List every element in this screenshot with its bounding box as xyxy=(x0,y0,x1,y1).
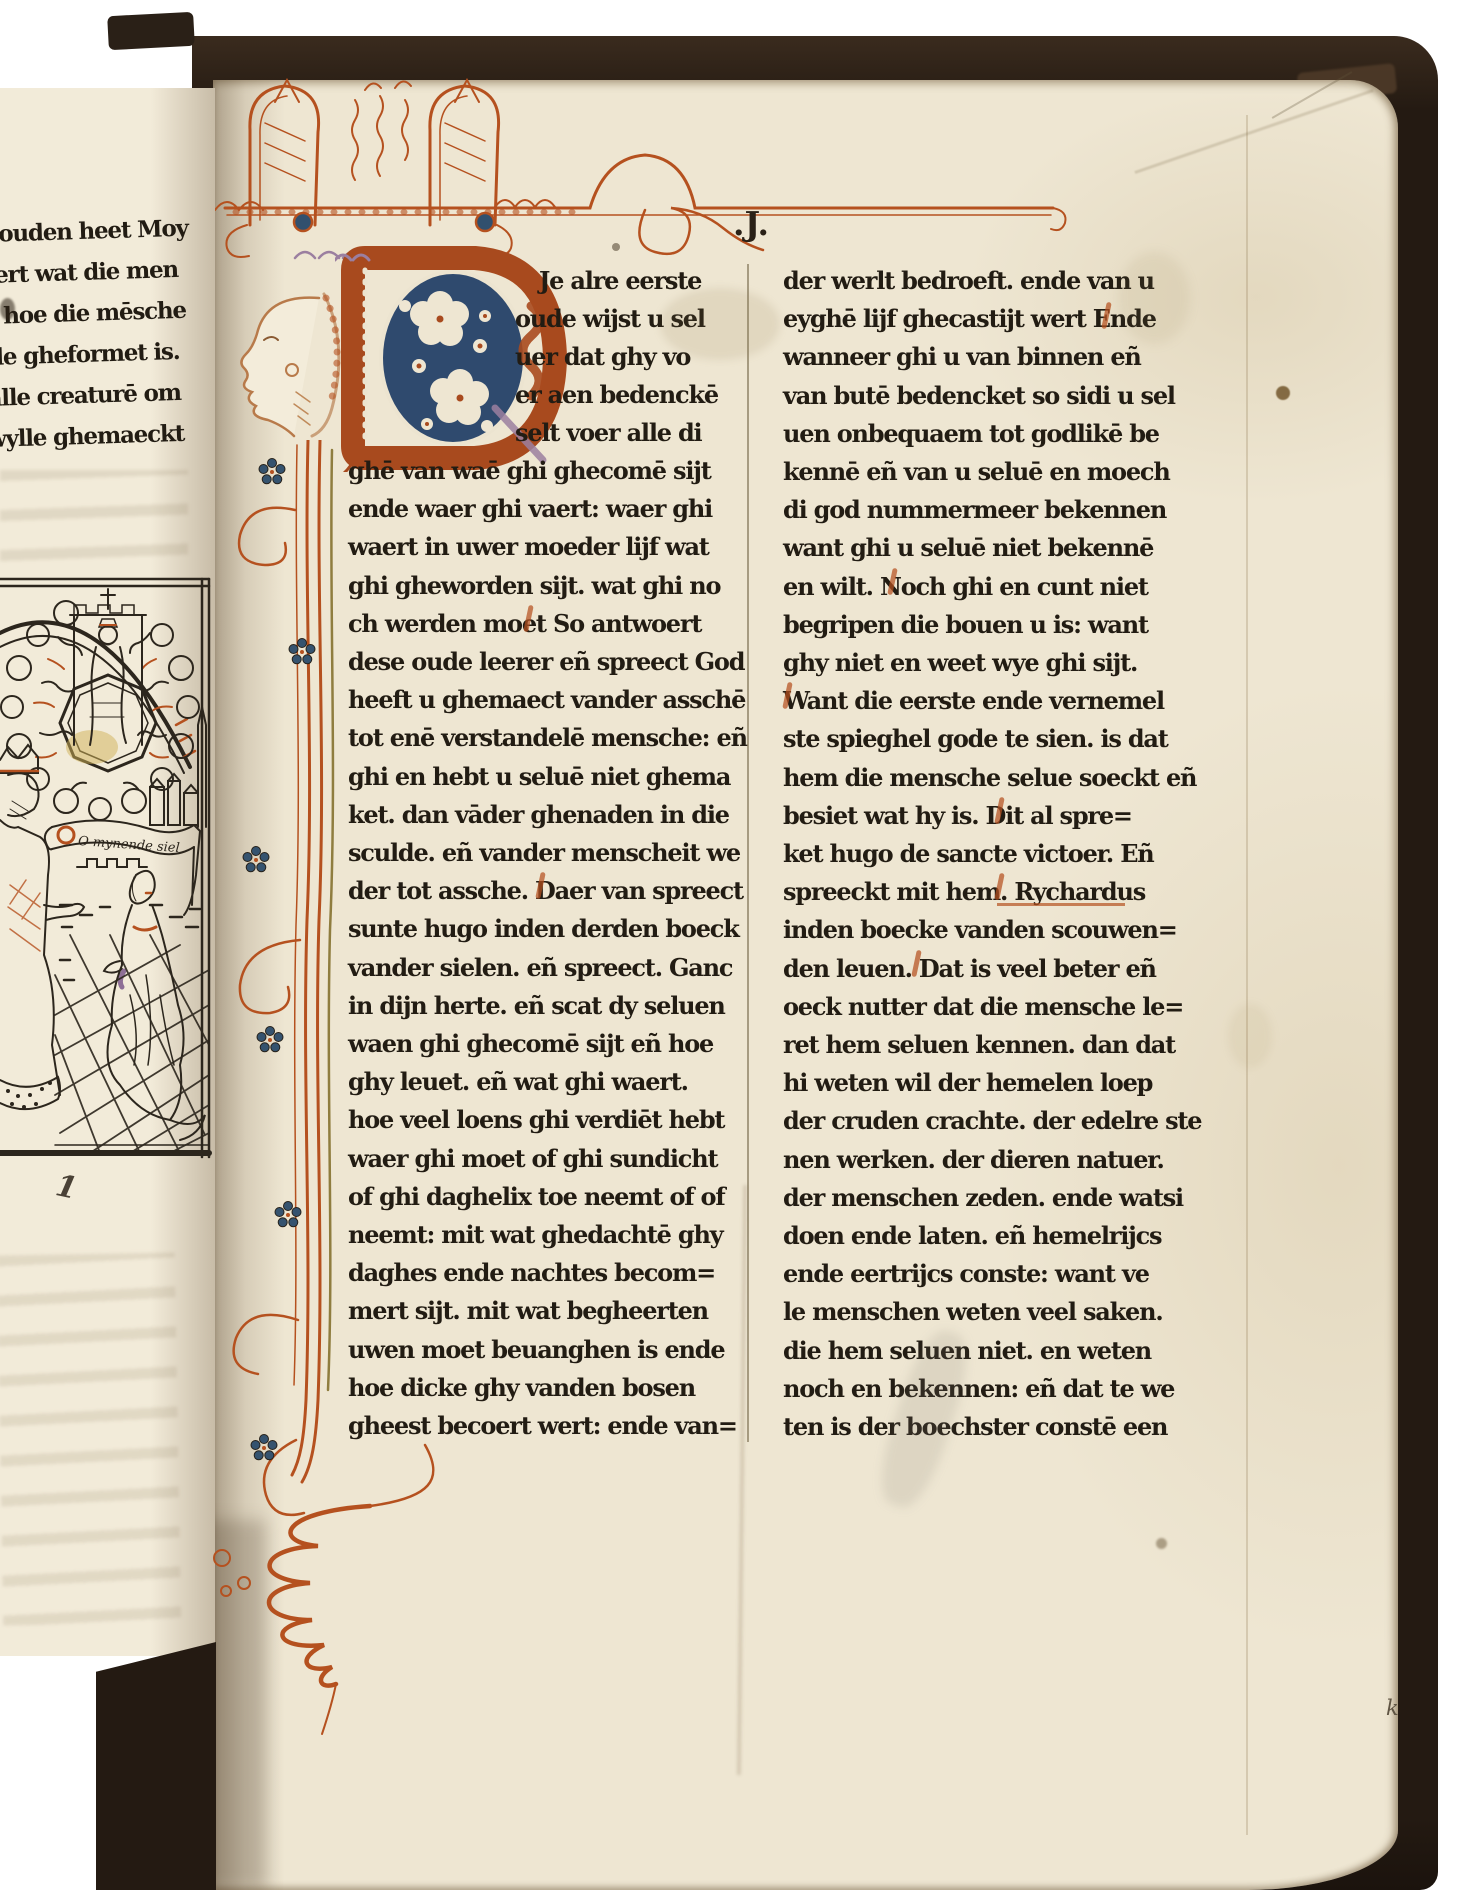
text-line: hoe veel loens ghi verdiēt hebt xyxy=(348,1101,713,1139)
red-underline xyxy=(997,903,1125,906)
border-line-olive xyxy=(328,450,333,1390)
king-hand xyxy=(44,904,84,920)
text-line: uer dat ghy vo xyxy=(515,338,720,376)
woodcut-border-top xyxy=(0,579,209,586)
text-line: ghy leuet. eñ wat ghi waert. xyxy=(348,1063,713,1101)
fore-edge-line xyxy=(1246,115,1248,1835)
text-line: besiet wat hy is. Dit al spre= xyxy=(783,797,1155,835)
show-through-text xyxy=(0,1252,181,1625)
text-line: der cruden crachte. der edelre ste xyxy=(783,1102,1155,1140)
book-photograph: ie eersten ouden heet Moyy set eñ leert … xyxy=(0,0,1465,1890)
text-line: Want die eerste ende vernemel xyxy=(783,682,1155,720)
text-line: dese oude leerer eñ spreect God xyxy=(348,643,713,681)
text-line: sunte hugo inden derden boeck xyxy=(348,910,713,948)
handwritten-foliation: 1 xyxy=(53,1168,81,1207)
column-divider-rule xyxy=(747,264,749,1442)
text-line: hoe dicke ghy vanden bosen xyxy=(348,1369,713,1407)
penwork-header xyxy=(215,78,1115,268)
penwork-hood-right xyxy=(430,80,512,255)
text-line: hem die mensche selue soeckt eñ xyxy=(783,759,1155,797)
text-line: selt voer alle di xyxy=(515,414,720,452)
text-line: en wilt. Noch ghi en cunt niet xyxy=(783,568,1155,606)
text-line: le menschen weten veel saken. xyxy=(783,1293,1155,1331)
text-line: tot enē verstandelē mensche: eñ xyxy=(348,719,713,757)
text-line: heeft u ghemaect vander asschē xyxy=(348,681,713,719)
text-line: nen werken. der dieren natuer. xyxy=(783,1141,1155,1179)
text-line: uwen moet beuanghen is ende xyxy=(348,1331,713,1369)
text-line: der werlt bedroeft. ende van u xyxy=(783,262,1155,300)
woodcut-illustration: O mynende siel xyxy=(0,575,215,1163)
text-line: noch en bekennen: eñ dat te we xyxy=(783,1370,1155,1408)
text-line: in dijn herte. eñ scat dy seluen xyxy=(348,987,713,1025)
column1-text: ghē van waē ghi ghecomē sijtende waer gh… xyxy=(348,452,713,1445)
text-line: daghes ende nachtes becom= xyxy=(348,1254,713,1292)
text-line: er aen bedenckē xyxy=(515,376,720,414)
folio-mark: .J. xyxy=(733,204,769,243)
text-line: uen onbequaem tot godlikē be xyxy=(783,415,1155,453)
water-dashes xyxy=(60,905,200,980)
text-line: ket. dan vāder ghenaden in die xyxy=(348,796,713,834)
text-line: want ghi u seluē niet bekennē xyxy=(783,529,1155,567)
cover-corner-fragment xyxy=(107,12,195,50)
text-line: of ghi daghelix toe neemt of of xyxy=(348,1178,713,1216)
text-line: ghi gheworden sijt. wat ghi no xyxy=(348,567,713,605)
text-line: neemt: mit wat ghedachtē ghy xyxy=(348,1216,713,1254)
marginal-annotation: k xyxy=(1386,1696,1399,1720)
text-line: eyghē lijf ghecastijt wert Ende xyxy=(783,300,1155,338)
text-line: sculde. eñ vander menscheit we xyxy=(348,834,713,872)
text-line: der tot assche. Daer van spreect xyxy=(348,872,713,910)
text-line: ten is der boechster constē een xyxy=(783,1408,1155,1446)
text-line: enschen wylle ghemaeckt xyxy=(0,413,183,463)
text-line: oude wijst u sel xyxy=(515,300,720,338)
border-line-thin xyxy=(294,445,298,1385)
text-line: ret hem seluen kennen. dan dat xyxy=(783,1026,1155,1064)
banderole-text: O mynende siel xyxy=(78,834,181,856)
tiled-floor xyxy=(55,935,209,1153)
show-through-text xyxy=(0,470,188,572)
coil-flourish xyxy=(214,1445,433,1734)
text-line: den leuen. Dat is veel beter eñ xyxy=(783,950,1155,988)
text-line: ghy niet en weet wye ghi sijt. xyxy=(783,644,1155,682)
text-line: mert sijt. mit wat begheerten xyxy=(348,1292,713,1330)
text-line: gheest becoert wert: ende van= xyxy=(348,1407,713,1445)
text-line: vander sielen. eñ spreect. Ganc xyxy=(348,949,713,987)
kneeling-woman xyxy=(104,871,205,1140)
battlement-wall xyxy=(77,859,147,867)
text-line: van butē bedencket so sidi u sel xyxy=(783,377,1155,415)
text-line: waert in uwer moeder lijf wat xyxy=(348,528,713,566)
face-profile xyxy=(241,298,319,436)
text-line: die hem seluen niet. en weten xyxy=(783,1332,1155,1370)
penwork-end-curl xyxy=(1051,208,1066,230)
text-line: wanneer ghi u van binnen eñ xyxy=(783,338,1155,376)
text-line: waer ghi moet of ghi sundicht xyxy=(348,1140,713,1178)
penwork-scallops xyxy=(495,200,555,207)
text-line: ende waer ghi vaert: waer ghi xyxy=(348,490,713,528)
god-enthroned xyxy=(70,589,146,745)
text-line: ghē van waē ghi ghecomē sijt xyxy=(348,452,713,490)
penwork-baseline xyxy=(225,155,1053,208)
text-line: oeck nutter dat die mensche le= xyxy=(783,988,1155,1026)
text-line: begripen die bouen u is: want xyxy=(783,606,1155,644)
left-page: ie eersten ouden heet Moyy set eñ leert … xyxy=(0,88,215,1656)
ink-spot xyxy=(0,298,15,320)
margin-face-profile xyxy=(224,288,350,438)
left-page-text-fragment: ie eersten ouden heet Moyy set eñ leert … xyxy=(0,208,183,463)
eye-right xyxy=(476,213,494,231)
text-line: doen ende laten. eñ hemelrijcs xyxy=(783,1217,1155,1255)
column2-text: der werlt bedroeft. ende van ueyghē lijf… xyxy=(783,262,1155,1446)
text-line: di god nummermeer bekennen xyxy=(783,491,1155,529)
text-line: der menschen zeden. ende watsi xyxy=(783,1179,1155,1217)
text-line: kennē eñ van u seluē en moech xyxy=(783,453,1155,491)
penwork-squiggles xyxy=(352,81,411,180)
text-line: ende eertrijcs conste: want ve xyxy=(783,1255,1155,1293)
text-line: ket hugo de sancte victoer. Eñ xyxy=(783,835,1155,873)
column1-initial-lines: Je alre eersteoude wijst u seluer dat gh… xyxy=(515,262,720,452)
text-line: ste spieghel gode te sien. is dat xyxy=(783,720,1155,758)
cover-bottom-left xyxy=(96,1642,216,1890)
blue-dot-flowers xyxy=(243,459,315,1460)
text-line: ghi en hebt u seluē niet ghema xyxy=(348,758,713,796)
eye-left xyxy=(294,213,312,231)
text-line: Je alre eerste xyxy=(515,262,720,300)
banderole-initial-ring xyxy=(58,827,74,843)
text-line: waen ghi ghecomē sijt eñ hoe xyxy=(348,1025,713,1063)
text-line: hi weten wil der hemelen loep xyxy=(783,1064,1155,1102)
red-collar xyxy=(134,927,156,930)
text-line: inden boecke vanden scouwen= xyxy=(783,911,1155,949)
penwork-hood-left xyxy=(226,80,318,257)
